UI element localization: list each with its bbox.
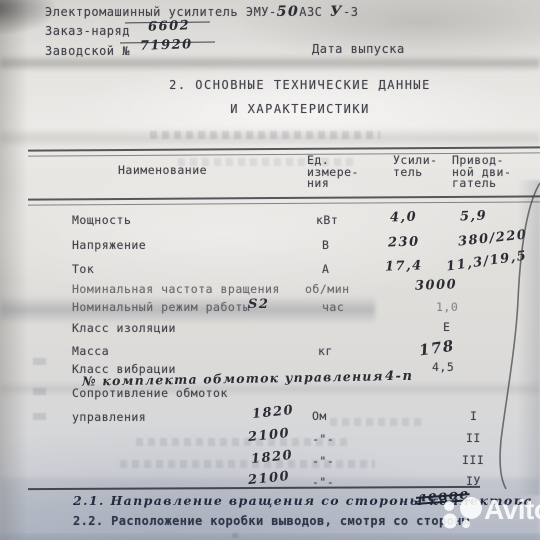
row-duty-handwritten-mode: S2 (248, 297, 269, 312)
resistance-row-unit: -"- (312, 432, 334, 446)
row-speed-unit: об/мин (305, 282, 350, 296)
row-voltage-label: Напряжение (72, 238, 146, 252)
row-winding-set-value: 4-п (385, 369, 413, 384)
row-mass-unit: кг (318, 344, 333, 358)
note-2-2: 2.2. Расположение коробки выводов, смотр… (73, 514, 469, 528)
row-current-unit: А (322, 262, 329, 276)
order-label: Заказ-наряд (45, 24, 130, 38)
document-photo: Электромашинный усилитель ЭМУ-50АЗС У-3 … (0, 0, 540, 540)
row-duty-unit: час (322, 300, 344, 314)
resistance-row-unit: -"- (312, 454, 334, 468)
device-model-handwritten: 50 (277, 4, 299, 20)
order-value-handwritten: 6602 (148, 18, 191, 34)
resistance-row-winding: I (470, 409, 477, 423)
bleed-through-mark (33, 358, 46, 365)
bleed-through-text (150, 131, 380, 139)
note-2-1-number: 2.1. (73, 493, 105, 508)
device-model-typed: АЗС (299, 5, 322, 19)
resistance-row-label: управления (72, 410, 146, 424)
row-current-amp-value: 17,4 (385, 258, 423, 274)
column-header-drive-motor: Привод- ной дви- гатель (452, 155, 511, 190)
resistance-row-unit: Ом (312, 409, 327, 423)
row-speed-value: 3000 (415, 277, 458, 293)
column-header-unit: Ед. измере- ния (307, 155, 359, 190)
row-vibration-value: 4,5 (432, 360, 454, 374)
avito-watermark: Avito (436, 494, 540, 538)
device-title-typed: Электромашинный усилитель ЭМУ- (45, 5, 277, 19)
row-power-motor-value: 5,9 (460, 209, 488, 225)
row-insulation-value: Е (443, 320, 450, 334)
resistance-row-unit: -"- (312, 475, 334, 489)
serial-value-handwritten: 71920 (140, 37, 193, 54)
row-current-label: Ток (72, 262, 94, 276)
row-insulation-label: Класс изоляции (72, 321, 176, 335)
device-title-line: Электромашинный усилитель ЭМУ-50АЗС У-3 (45, 4, 358, 20)
bleed-through-mark (33, 413, 46, 420)
avito-circles-icon (436, 494, 484, 538)
row-resistance-header: Сопротивление обмоток (72, 386, 228, 400)
note-2-2-text: Расположение коробки выводов, смотря со … (111, 514, 469, 528)
note-2-2-number: 2.2. (73, 514, 104, 528)
section-title-line1: 2. ОСНОВНЫЕ ТЕХНИЧЕСКИЕ ДАННЫЕ (150, 78, 450, 92)
bleed-through-mark (33, 388, 46, 395)
section-title-line2: И ХАРАКТЕРИСТИКИ (150, 102, 450, 116)
row-mass-label: Масса (72, 344, 109, 358)
row-voltage-unit: В (322, 238, 329, 252)
device-version-typed: -3 (343, 5, 358, 19)
serial-label: Заводской № (45, 44, 130, 58)
row-power-unit: кВт (316, 213, 338, 227)
row-power-label: Мощность (72, 213, 131, 227)
resistance-row-winding: III (462, 453, 484, 467)
row-duty-label: Номинальный режим работы (72, 300, 250, 314)
column-header-name: Наименование (118, 163, 207, 177)
row-speed-label: Номинальная частота вращения (72, 282, 280, 296)
issue-date-label: Дата выпуска (312, 42, 405, 56)
resistance-row-winding: II (466, 431, 481, 445)
bleed-through-text (120, 460, 375, 468)
bleed-through-text (330, 418, 422, 426)
column-header-amplifier: Усили- тель (393, 155, 438, 178)
row-power-amp-value: 4,0 (390, 210, 418, 226)
device-version-handwritten: У (330, 4, 343, 20)
avito-watermark-label: Avito (484, 494, 540, 526)
stray-mark (232, 533, 238, 538)
row-duty-value: 1,0 (436, 300, 458, 314)
row-voltage-amp-value: 230 (388, 234, 420, 250)
